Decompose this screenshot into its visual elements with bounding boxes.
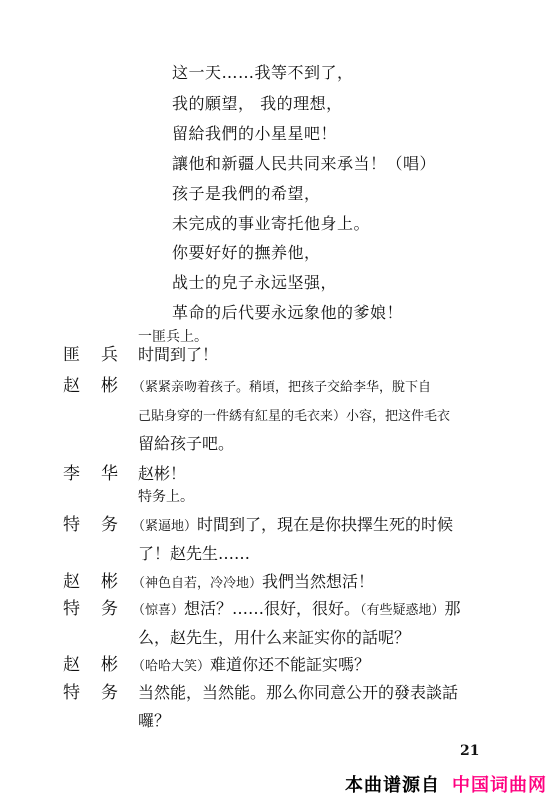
dialogue-line: 赵彬！ bbox=[138, 462, 186, 486]
dialogue-line: （哈哈大笑）难道你还不能証实嗎？ bbox=[132, 653, 370, 679]
verse-line: 我的願望， 我的理想， bbox=[172, 94, 343, 114]
watermark-source-label: 本曲谱源自 bbox=[345, 771, 440, 797]
watermark-site-name: 中国词曲网 bbox=[452, 771, 547, 797]
dialogue-line: （神色自若，冷冷地）我們当然想活！ bbox=[132, 570, 374, 596]
verse-line: 讓他和新疆人民共同来承当！（唱） bbox=[172, 154, 436, 174]
stage-direction: 特务上。 bbox=[138, 487, 194, 507]
dialogue-line: 时間到了！ bbox=[138, 343, 218, 367]
dialogue-line: （惊喜）想活？……很好，很好。（有些疑惑地）那 bbox=[132, 597, 461, 623]
dialogue-line: 当然能，当然能。那么你同意公开的發表談話 bbox=[138, 681, 458, 705]
verse-line: 革命的后代要永远象他的爹娘！ bbox=[172, 303, 403, 323]
dialogue-continuation: 了！赵先生…… bbox=[138, 542, 250, 566]
book-page: 这一天……我等不到了， 我的願望， 我的理想， 留給我們的小星星吧！ 讓他和新疆… bbox=[0, 0, 550, 800]
dialogue-continuation: 囉？ bbox=[138, 709, 170, 733]
dialogue-line: （紧紧亲吻着孩子。稍頃，把孩子交給李华，脫下自 bbox=[132, 374, 431, 400]
dialogue-continuation: 己貼身穿的一件綉有紅星的毛衣来）小容，把这件毛衣 bbox=[138, 403, 450, 429]
verse-line: 这一天……我等不到了， bbox=[172, 63, 354, 83]
dialogue-continuation: 么，赵先生，用什么来証实你的話呢？ bbox=[138, 626, 410, 650]
page-number: 21 bbox=[460, 743, 479, 759]
dialogue-continuation: 留給孩子吧。 bbox=[138, 432, 234, 456]
verse-line: 留給我們的小星星吧！ bbox=[172, 124, 337, 144]
verse-line: 战士的皃子永远坚强， bbox=[172, 273, 337, 293]
dialogue-line: （紧逼地）时間到了，現在是你抉擇生死的时候 bbox=[132, 513, 453, 539]
verse-line: 未完成的事业寄托他身上。 bbox=[172, 214, 370, 234]
verse-line: 你要好好的撫养他， bbox=[172, 243, 321, 263]
verse-line: 孩子是我們的希望， bbox=[172, 184, 321, 204]
